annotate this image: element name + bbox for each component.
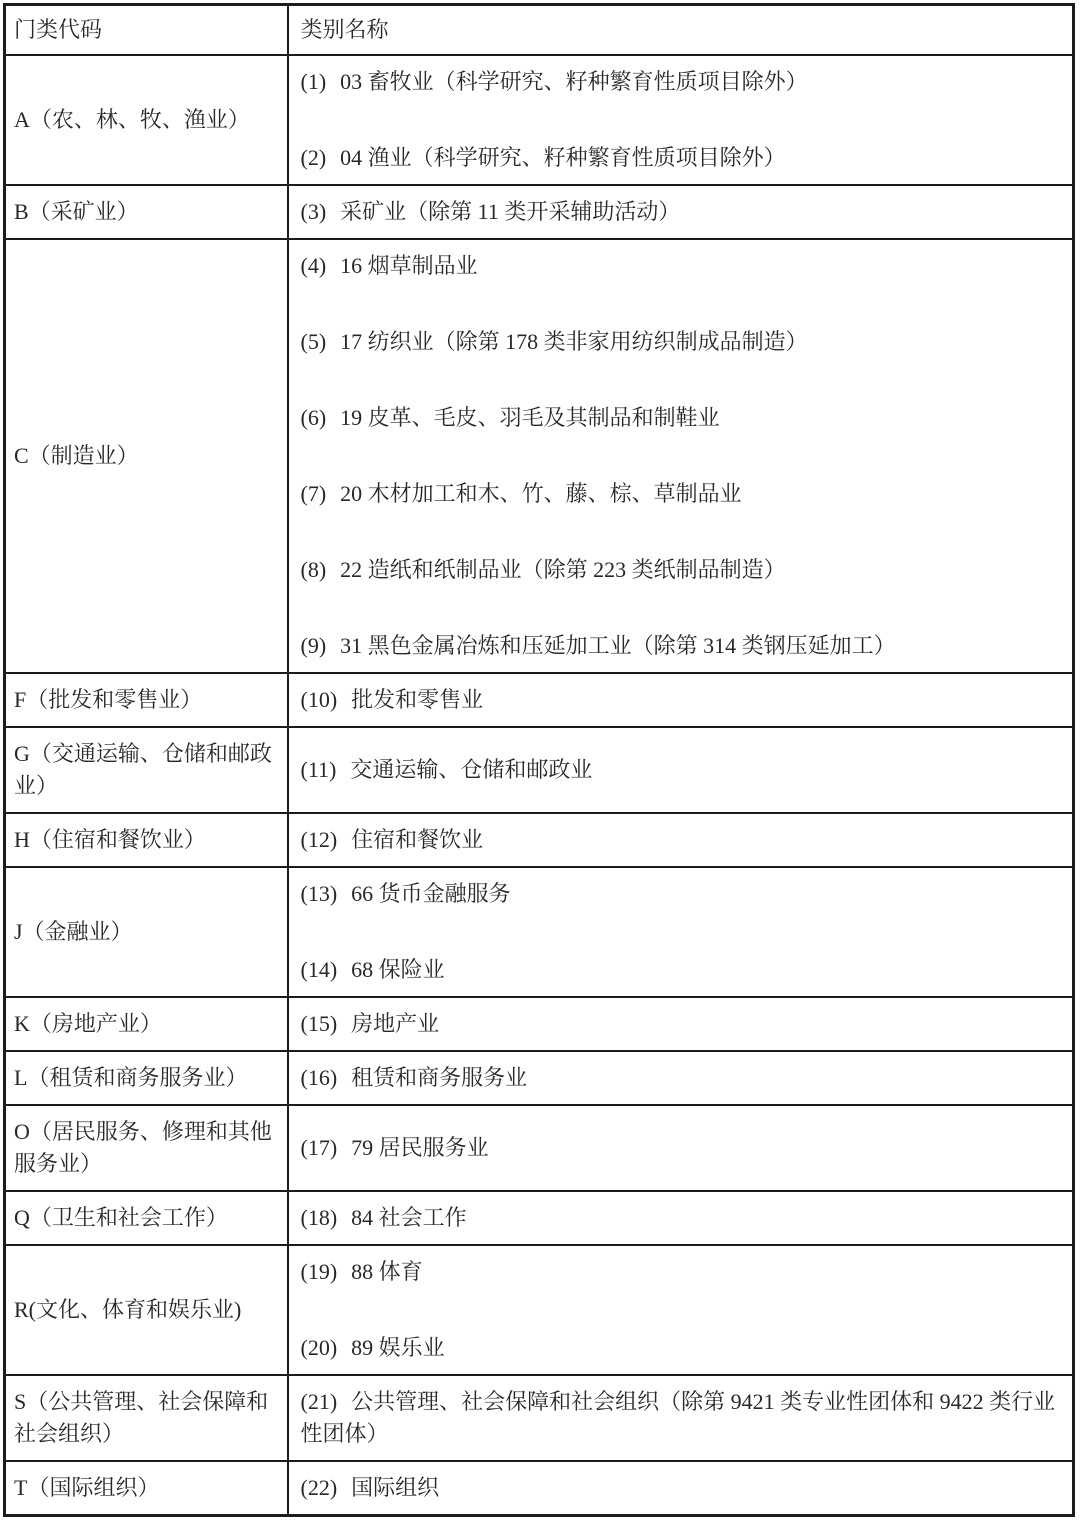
item-number: (14)	[301, 954, 338, 986]
table-row: F（批发和零售业）(10)批发和零售业	[5, 673, 1074, 727]
category-name-cell: (21)公共管理、社会保障和社会组织（除第 9421 类专业性团体和 9422 …	[288, 1375, 1074, 1461]
item-text: 31 黑色金属冶炼和压延加工业（除第 314 类钢压延加工）	[340, 633, 896, 658]
category-name-cell: (3)采矿业（除第 11 类开采辅助活动）	[288, 185, 1074, 239]
item-text: 交通运输、仓储和邮政业	[350, 757, 592, 782]
document-page: 门类代码 类别名称 A（农、林、牧、渔业）(1)03 畜牧业（科学研究、籽种繁育…	[0, 0, 1080, 1539]
table-row: J（金融业）(13)66 货币金融服务(14)68 保险业	[5, 867, 1074, 997]
item-text: 国际组织	[351, 1475, 439, 1500]
category-item: (20)89 娱乐业	[301, 1332, 1063, 1364]
category-code-cell: A（农、林、牧、渔业）	[5, 55, 288, 185]
category-item: (13)66 货币金融服务	[301, 878, 1063, 910]
table-header-row: 门类代码 类别名称	[5, 5, 1074, 56]
item-text: 89 娱乐业	[351, 1335, 445, 1360]
item-number: (20)	[301, 1332, 338, 1364]
item-number: (12)	[301, 824, 338, 856]
table-row: B（采矿业）(3)采矿业（除第 11 类开采辅助活动）	[5, 185, 1074, 239]
item-number: (2)	[301, 142, 327, 174]
header-category-name: 类别名称	[288, 5, 1074, 56]
item-number: (21)	[301, 1386, 338, 1418]
table-row: C（制造业）(4)16 烟草制品业(5)17 纺织业（除第 178 类非家用纺织…	[5, 239, 1074, 673]
item-text: 03 畜牧业（科学研究、籽种繁育性质项目除外）	[340, 69, 808, 94]
category-name-cell: (1)03 畜牧业（科学研究、籽种繁育性质项目除外）(2)04 渔业（科学研究、…	[288, 55, 1074, 185]
item-text: 19 皮革、毛皮、羽毛及其制品和制鞋业	[340, 405, 720, 430]
item-text: 88 体育	[351, 1259, 423, 1284]
category-code-cell: T（国际组织）	[5, 1461, 288, 1516]
category-code-cell: O（居民服务、修理和其他服务业）	[5, 1105, 288, 1191]
table-row: K（房地产业）(15)房地产业	[5, 997, 1074, 1051]
item-text: 批发和零售业	[351, 687, 483, 712]
item-text: 住宿和餐饮业	[351, 827, 483, 852]
item-number: (7)	[301, 478, 327, 510]
category-code-cell: K（房地产业）	[5, 997, 288, 1051]
table-row: A（农、林、牧、渔业）(1)03 畜牧业（科学研究、籽种繁育性质项目除外）(2)…	[5, 55, 1074, 185]
item-text: 房地产业	[351, 1011, 439, 1036]
item-number: (3)	[301, 196, 327, 228]
table-row: Q（卫生和社会工作）(18)84 社会工作	[5, 1191, 1074, 1245]
category-code-cell: R(文化、体育和娱乐业)	[5, 1245, 288, 1375]
item-number: (10)	[301, 684, 338, 716]
item-number: (4)	[301, 250, 327, 282]
category-name-cell: (12)住宿和餐饮业	[288, 813, 1074, 867]
item-number: (22)	[301, 1472, 338, 1504]
category-item: (17)79 居民服务业	[301, 1132, 1063, 1164]
category-item: (21)公共管理、社会保障和社会组织（除第 9421 类专业性团体和 9422 …	[301, 1386, 1063, 1450]
item-text: 22 造纸和纸制品业（除第 223 类纸制品制造）	[340, 557, 786, 582]
category-code-cell: S（公共管理、社会保障和社会组织）	[5, 1375, 288, 1461]
category-item: (9)31 黑色金属冶炼和压延加工业（除第 314 类钢压延加工）	[301, 630, 1063, 662]
category-item: (12)住宿和餐饮业	[301, 824, 1063, 856]
item-text: 79 居民服务业	[351, 1135, 489, 1160]
category-code-cell: B（采矿业）	[5, 185, 288, 239]
item-text: 公共管理、社会保障和社会组织（除第 9421 类专业性团体和 9422 类行业性…	[301, 1389, 1056, 1446]
item-text: 20 木材加工和木、竹、藤、棕、草制品业	[340, 481, 742, 506]
category-name-cell: (15)房地产业	[288, 997, 1074, 1051]
category-name-cell: (11)交通运输、仓储和邮政业	[288, 727, 1074, 813]
item-number: (11)	[301, 754, 337, 786]
category-name-cell: (4)16 烟草制品业(5)17 纺织业（除第 178 类非家用纺织制成品制造）…	[288, 239, 1074, 673]
header-category-code: 门类代码	[5, 5, 288, 56]
category-code-cell: C（制造业）	[5, 239, 288, 673]
item-number: (6)	[301, 402, 327, 434]
item-text: 68 保险业	[351, 957, 445, 982]
category-item: (6)19 皮革、毛皮、羽毛及其制品和制鞋业	[301, 402, 1063, 434]
table-row: G（交通运输、仓储和邮政业）(11)交通运输、仓储和邮政业	[5, 727, 1074, 813]
category-item: (2)04 渔业（科学研究、籽种繁育性质项目除外）	[301, 142, 1063, 174]
category-code-cell: J（金融业）	[5, 867, 288, 997]
item-number: (17)	[301, 1132, 338, 1164]
category-item: (14)68 保险业	[301, 954, 1063, 986]
item-number: (19)	[301, 1256, 338, 1288]
category-name-cell: (10)批发和零售业	[288, 673, 1074, 727]
category-item: (3)采矿业（除第 11 类开采辅助活动）	[301, 196, 1063, 228]
category-code-cell: G（交通运输、仓储和邮政业）	[5, 727, 288, 813]
item-number: (13)	[301, 878, 338, 910]
item-number: (9)	[301, 630, 327, 662]
category-item: (11)交通运输、仓储和邮政业	[301, 754, 1063, 786]
category-item: (18)84 社会工作	[301, 1202, 1063, 1234]
item-number: (15)	[301, 1008, 338, 1040]
category-name-cell: (16)租赁和商务服务业	[288, 1051, 1074, 1105]
category-item: (15)房地产业	[301, 1008, 1063, 1040]
item-text: 17 纺织业（除第 178 类非家用纺织制成品制造）	[340, 329, 808, 354]
category-item: (7)20 木材加工和木、竹、藤、棕、草制品业	[301, 478, 1063, 510]
item-text: 04 渔业（科学研究、籽种繁育性质项目除外）	[340, 145, 786, 170]
category-item: (8)22 造纸和纸制品业（除第 223 类纸制品制造）	[301, 554, 1063, 586]
category-code-cell: Q（卫生和社会工作）	[5, 1191, 288, 1245]
table-row: H（住宿和餐饮业）(12)住宿和餐饮业	[5, 813, 1074, 867]
category-item: (4)16 烟草制品业	[301, 250, 1063, 282]
table-body: A（农、林、牧、渔业）(1)03 畜牧业（科学研究、籽种繁育性质项目除外）(2)…	[5, 55, 1074, 1516]
industry-classification-table: 门类代码 类别名称 A（农、林、牧、渔业）(1)03 畜牧业（科学研究、籽种繁育…	[3, 3, 1075, 1517]
category-item: (22)国际组织	[301, 1472, 1063, 1504]
item-text: 采矿业（除第 11 类开采辅助活动）	[340, 199, 680, 224]
item-text: 租赁和商务服务业	[351, 1065, 527, 1090]
category-name-cell: (22)国际组织	[288, 1461, 1074, 1516]
category-code-cell: L（租赁和商务服务业）	[5, 1051, 288, 1105]
category-code-cell: H（住宿和餐饮业）	[5, 813, 288, 867]
category-item: (1)03 畜牧业（科学研究、籽种繁育性质项目除外）	[301, 66, 1063, 98]
table-row: R(文化、体育和娱乐业)(19)88 体育(20)89 娱乐业	[5, 1245, 1074, 1375]
category-item: (16)租赁和商务服务业	[301, 1062, 1063, 1094]
item-text: 16 烟草制品业	[340, 253, 478, 278]
table-row: L（租赁和商务服务业）(16)租赁和商务服务业	[5, 1051, 1074, 1105]
table-row: T（国际组织）(22)国际组织	[5, 1461, 1074, 1516]
item-text: 84 社会工作	[351, 1205, 467, 1230]
category-name-cell: (17)79 居民服务业	[288, 1105, 1074, 1191]
category-name-cell: (13)66 货币金融服务(14)68 保险业	[288, 867, 1074, 997]
category-item: (5)17 纺织业（除第 178 类非家用纺织制成品制造）	[301, 326, 1063, 358]
category-item: (19)88 体育	[301, 1256, 1063, 1288]
item-number: (8)	[301, 554, 327, 586]
category-code-cell: F（批发和零售业）	[5, 673, 288, 727]
item-number: (16)	[301, 1062, 338, 1094]
table-row: O（居民服务、修理和其他服务业）(17)79 居民服务业	[5, 1105, 1074, 1191]
item-number: (1)	[301, 66, 327, 98]
table-row: S（公共管理、社会保障和社会组织）(21)公共管理、社会保障和社会组织（除第 9…	[5, 1375, 1074, 1461]
category-name-cell: (18)84 社会工作	[288, 1191, 1074, 1245]
category-item: (10)批发和零售业	[301, 684, 1063, 716]
item-number: (5)	[301, 326, 327, 358]
item-number: (18)	[301, 1202, 338, 1234]
item-text: 66 货币金融服务	[351, 881, 511, 906]
category-name-cell: (19)88 体育(20)89 娱乐业	[288, 1245, 1074, 1375]
